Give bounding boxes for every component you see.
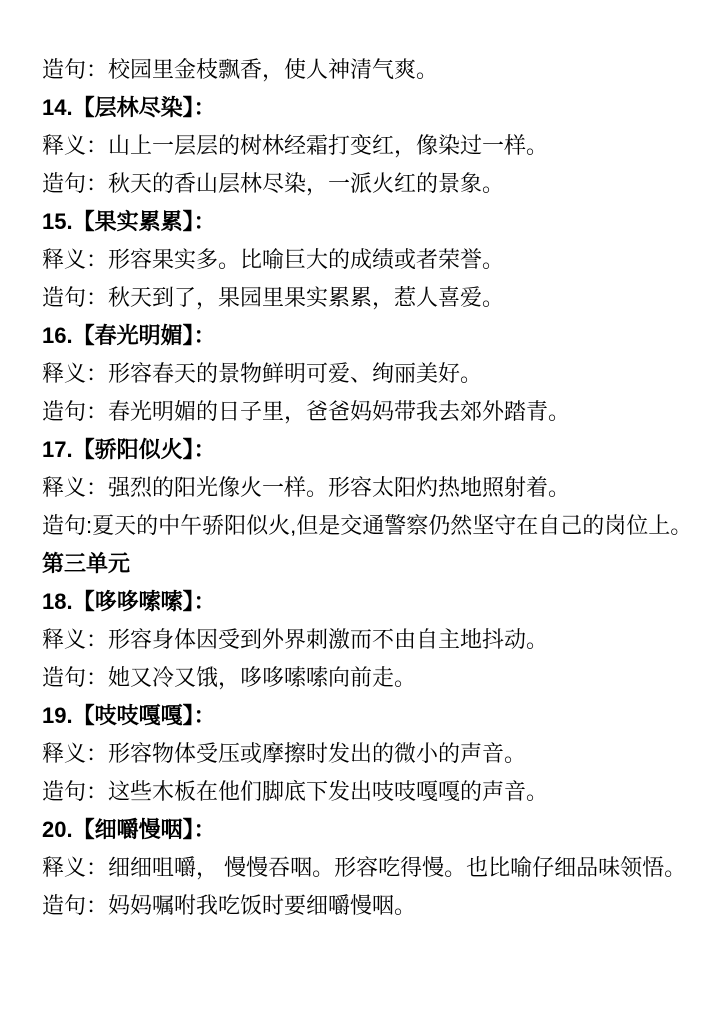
entry-example-14: 造句：秋天的香山层林尽染，一派火红的景象。 [42, 165, 704, 203]
entry-example-20: 造句：妈妈嘱咐我吃饭时要细嚼慢咽。 [42, 887, 704, 925]
entry-definition-18: 释义：形容身体因受到外界刺激而不由自主地抖动。 [42, 621, 704, 659]
entry-heading-14: 14.【层林尽染】： [42, 89, 704, 127]
entry-example-17: 造句:夏天的中午骄阳似火,但是交通警察仍然坚守在自己的岗位上。 [42, 507, 704, 545]
document-page: 造句：校园里金枝飘香，使人神清气爽。 14.【层林尽染】： 释义：山上一层层的树… [0, 0, 724, 1024]
entry-definition-16: 释义：形容春天的景物鲜明可爱、绚丽美好。 [42, 355, 704, 393]
entry-heading-16: 16.【春光明媚】： [42, 317, 704, 355]
entry-heading-19: 19.【吱吱嘎嘎】： [42, 697, 704, 735]
entry-definition-14: 释义：山上一层层的树林经霜打变红，像染过一样。 [42, 127, 704, 165]
entry-heading-15: 15.【果实累累】： [42, 203, 704, 241]
entry-heading-20: 20.【细嚼慢咽】： [42, 811, 704, 849]
entry-definition-20: 释义：细细咀嚼， 慢慢吞咽。形容吃得慢。也比喻仔细品味领悟。 [42, 849, 704, 887]
entry-example-18: 造句：她又冷又饿，哆哆嗦嗦向前走。 [42, 659, 704, 697]
entry-definition-19: 释义：形容物体受压或摩擦时发出的微小的声音。 [42, 735, 704, 773]
entry-definition-17: 释义：强烈的阳光像火一样。形容太阳灼热地照射着。 [42, 469, 704, 507]
entry-example-16: 造句：春光明媚的日子里，爸爸妈妈带我去郊外踏青。 [42, 393, 704, 431]
entry-example-19: 造句：这些木板在他们脚底下发出吱吱嘎嘎的声音。 [42, 773, 704, 811]
section-heading: 第三单元 [42, 545, 704, 583]
entry-example-15: 造句：秋天到了，果园里果实累累，惹人喜爱。 [42, 279, 704, 317]
example-sentence: 造句：校园里金枝飘香，使人神清气爽。 [42, 51, 704, 89]
entry-heading-18: 18.【哆哆嗦嗦】： [42, 583, 704, 621]
entry-definition-15: 释义：形容果实多。比喻巨大的成绩或者荣誉。 [42, 241, 704, 279]
entry-heading-17: 17.【骄阳似火】： [42, 431, 704, 469]
